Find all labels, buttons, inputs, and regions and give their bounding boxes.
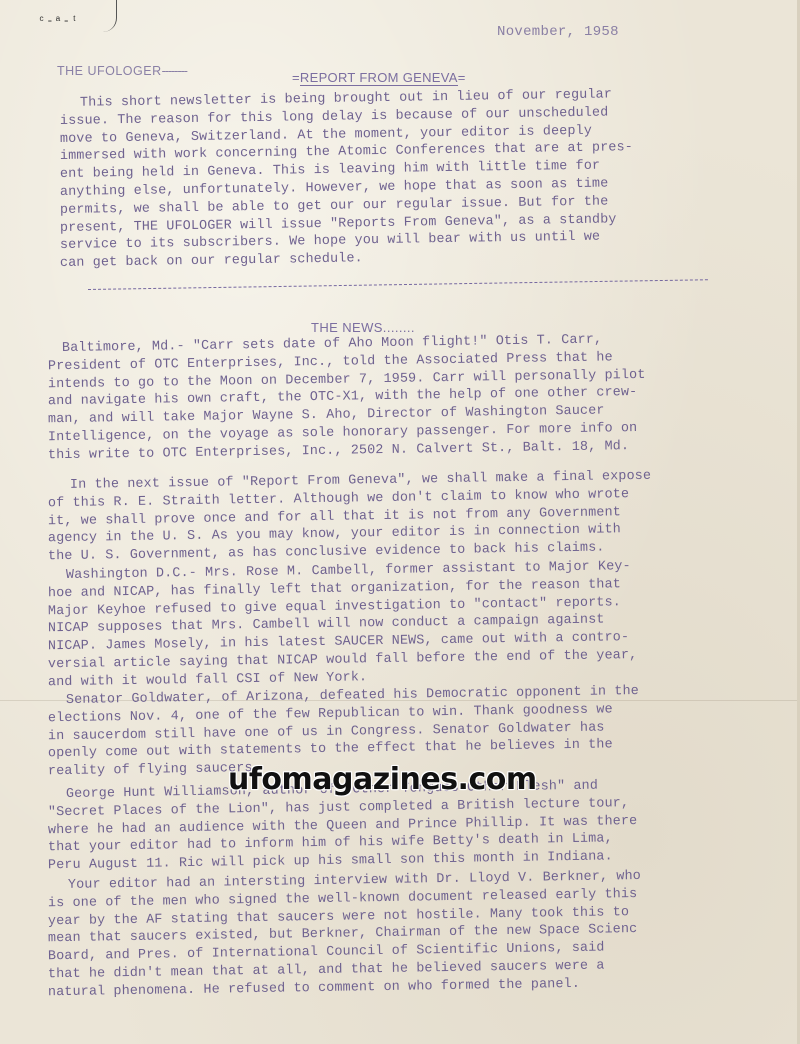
intro-paragraph: This short newsletter is being brought o… xyxy=(0,96,800,274)
report-title: =REPORT FROM GENEVA= xyxy=(292,70,466,85)
news-item-carr-moon-flight: Baltimore, Md.- "Carr sets date of Aho M… xyxy=(0,341,800,466)
masthead: THE UFOLOGER-------- xyxy=(57,64,187,78)
masthead-title: THE UFOLOGER xyxy=(57,64,162,78)
news-heading: THE NEWS........ xyxy=(311,320,415,335)
handwritten-mark: ᶜ-ᵃ-ᵗ xyxy=(38,14,79,28)
news-item-nicap-cambell: Washington D.C.- Mrs. Rose M. Cambell, f… xyxy=(0,568,800,693)
site-watermark: ufomagazines.com xyxy=(228,762,537,797)
masthead-dashes: -------- xyxy=(162,64,187,78)
issue-date: November, 1958 xyxy=(497,24,619,40)
report-title-text: REPORT FROM GENEVA xyxy=(300,70,458,86)
news-item-williamson: George Hunt Williamson, author of "Other… xyxy=(0,787,800,876)
news-item-straith-letter: In the next issue of "Report From Geneva… xyxy=(0,478,800,567)
news-item-berkner: Your editor had an intersting interview … xyxy=(0,878,800,1003)
